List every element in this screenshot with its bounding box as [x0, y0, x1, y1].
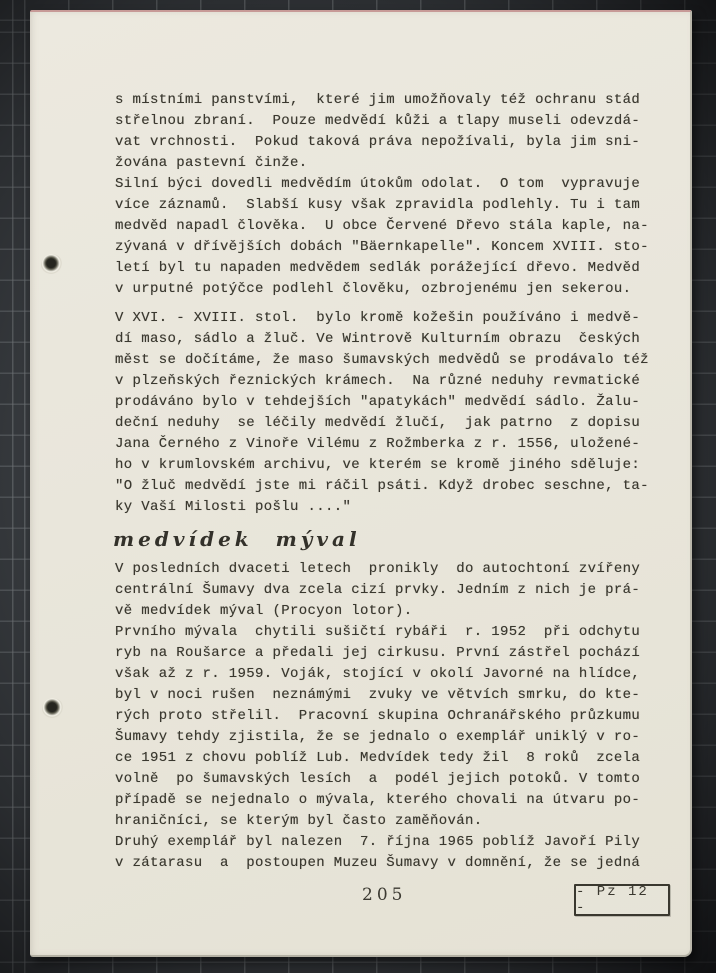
- paragraph-bear-products: V XVI. - XVIII. stol. bylo kromě kožešin…: [115, 308, 660, 518]
- text-line: V XVI. - XVIII. stol. bylo kromě kožešin…: [115, 308, 660, 329]
- section-heading: medvídek mýval: [113, 524, 660, 554]
- text-line: centrální Šumavy dva zcela cizí prvky. J…: [115, 580, 660, 601]
- text-line: žována pastevní činže.: [115, 153, 660, 174]
- text-line: dí maso, sádlo a žluč. Ve Wintrově Kultu…: [115, 329, 660, 350]
- text-line: Prvního mývala chytili sušičtí rybáři r.…: [115, 622, 660, 643]
- reference-stamp-label: - Pz 12 -: [576, 884, 668, 916]
- text-line: ho v krumlovském archivu, ve kterém se k…: [115, 455, 660, 476]
- text-line: ryb na Roušarce a předali jej cirkusu. P…: [115, 643, 660, 664]
- paragraph-bear-hunting: s místními panstvími, které jim umožňova…: [115, 90, 660, 300]
- punch-hole-top: [41, 254, 63, 276]
- text-line: Silní býci dovedli medvědím útokům odola…: [115, 174, 660, 195]
- punch-hole-bottom: [42, 698, 64, 720]
- text-line: v plzeňských řeznických krámech. Na různ…: [115, 371, 660, 392]
- text-line: deční neduhy se léčily medvědí žlučí, ja…: [115, 413, 660, 434]
- page-number: 205: [362, 885, 452, 905]
- text-line: případě se nejednalo o mývala, kterého c…: [115, 790, 660, 811]
- text-line: prodáváno bylo v tehdejších "apatykách" …: [115, 392, 660, 413]
- text-line: měst se dočítáme, že maso šumavských med…: [115, 350, 660, 371]
- text-line: vě medvídek mýval (Procyon lotor).: [115, 601, 660, 622]
- text-line: Jana Černého z Vinoře Vilému z Rožmberka…: [115, 434, 660, 455]
- text-line: více záznamů. Slabší kusy však zpravidla…: [115, 195, 660, 216]
- text-line: V posledních dvaceti letech pronikly do …: [115, 559, 660, 580]
- text-line: s místními panstvími, které jim umožňova…: [115, 90, 660, 111]
- text-line: v zátarasu a postoupen Muzeu Šumavy v do…: [115, 853, 660, 874]
- text-line: hraničníci, se kterým byl často zaměňová…: [115, 811, 660, 832]
- text-line: ky Vaší Milosti pošlu ....": [115, 497, 660, 518]
- text-line: střelnou zbraní. Pouze medvědí kůži a tl…: [115, 111, 660, 132]
- text-line: letí byl tu napaden medvědem sedlák porá…: [115, 258, 660, 279]
- text-line: rých proto střelil. Pracovní skupina Och…: [115, 706, 660, 727]
- text-line: byl v noci rušen neznámými zvuky ve větv…: [115, 685, 660, 706]
- text-line: však až z r. 1959. Voják, stojící v okol…: [115, 664, 660, 685]
- text-line: Šumavy tehdy zjistila, že se jednalo o e…: [115, 727, 660, 748]
- text-line: v urputné potýčce podlehl člověku, ozbro…: [115, 279, 660, 300]
- text-line: volně po šumavských lesích a podél jejic…: [115, 769, 660, 790]
- body-text: s místními panstvími, které jim umožňova…: [115, 90, 660, 874]
- text-line: "O žluč medvědí jste mi ráčil psáti. Kdy…: [115, 476, 660, 497]
- text-line: medvěd napadl člověka. U obce Červené Dř…: [115, 216, 660, 237]
- text-line: Druhý exemplář byl nalezen 7. října 1965…: [115, 832, 660, 853]
- text-line: ce 1951 z chovu poblíž Lub. Medvídek ted…: [115, 748, 660, 769]
- reference-stamp: - Pz 12 -: [574, 884, 670, 916]
- paper-sheet: s místními panstvími, které jim umožňova…: [30, 10, 692, 957]
- text-line: vat vrchnosti. Pokud taková práva nepoží…: [115, 132, 660, 153]
- paragraph-raccoon: V posledních dvaceti letech pronikly do …: [115, 559, 660, 874]
- text-line: zývaná v dřívějších dobách "Bäernkapelle…: [115, 237, 660, 258]
